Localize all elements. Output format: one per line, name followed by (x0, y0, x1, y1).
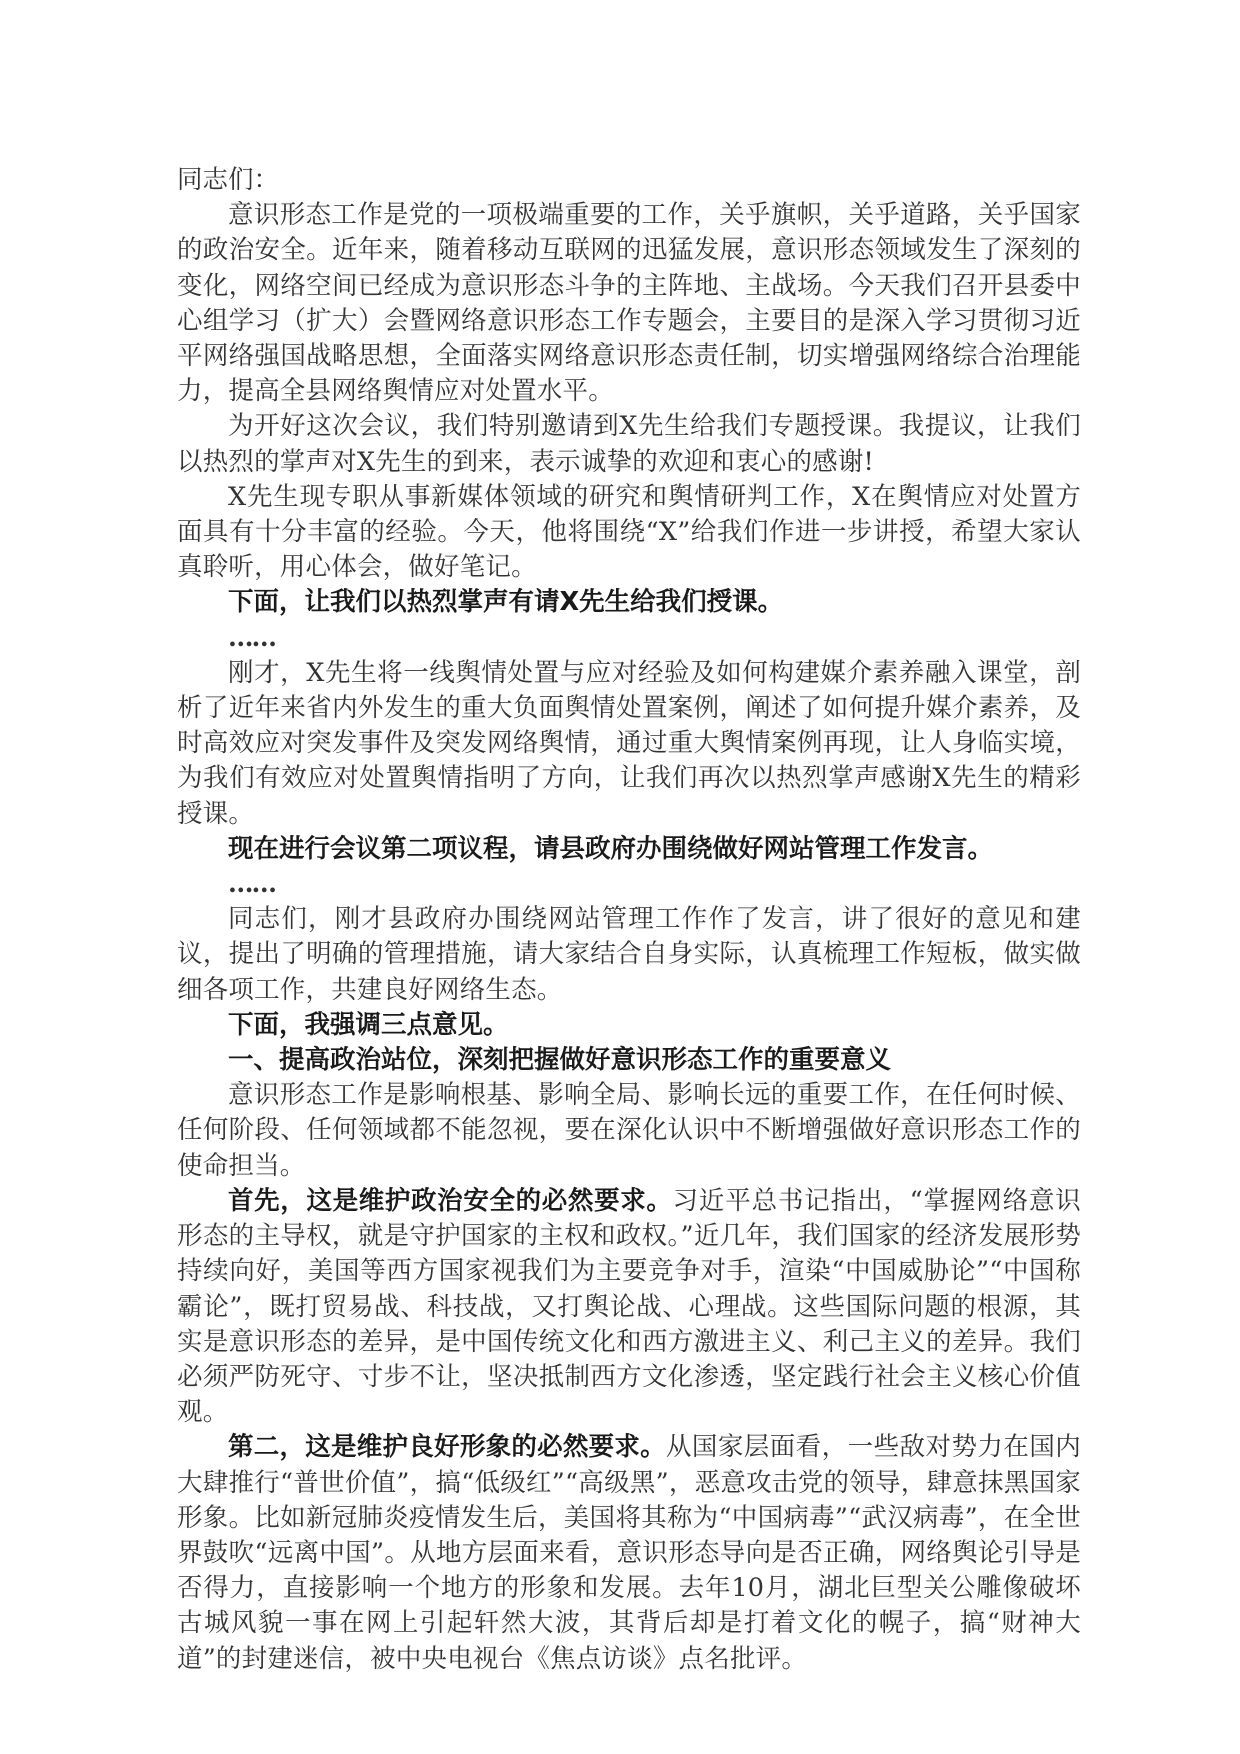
section-heading-1: 一、提高政治站位，深刻把握做好意识形态工作的重要意义 (177, 1043, 1081, 1078)
lead-phrase-second: 第二，这是维护良好形象的必然要求。 (228, 1432, 666, 1462)
ellipsis-1: …… (177, 621, 1081, 656)
paragraph-invitation: 为开好这次会议，我们特别邀请到X先生给我们专题授课。我提议，让我们以热烈的掌声对… (177, 409, 1081, 479)
bold-line-invite-lecture: 下面，让我们以热烈掌声有请X先生给我们授课。 (177, 585, 1081, 620)
ellipsis-2: …… (177, 867, 1081, 902)
paragraph-point-second: 第二，这是维护良好形象的必然要求。从国家层面看，一些敌对势力在国内大肆推行“普世… (177, 1430, 1081, 1676)
document-page: 同志们： 意识形态工作是党的一项极端重要的工作，关乎旗帜，关乎道路，关乎国家的政… (177, 163, 1081, 1677)
lead-phrase-first: 首先，这是维护政治安全的必然要求。 (228, 1186, 673, 1216)
paragraph-section-1-intro: 意识形态工作是影响根基、影响全局、影响长远的重要工作，在任何时候、任何阶段、任何… (177, 1078, 1081, 1184)
body-text-second: 从国家层面看，一些敌对势力在国内大肆推行“普世价值”，搞“低级红”“高级黑”，恶… (177, 1432, 1081, 1673)
salutation: 同志们： (177, 163, 1081, 198)
paragraph-website-summary: 同志们，刚才县政府办围绕网站管理工作作了发言，讲了很好的意见和建议，提出了明确的… (177, 902, 1081, 1008)
paragraph-intro: 意识形态工作是党的一项极端重要的工作，关乎旗帜，关乎道路，关乎国家的政治安全。近… (177, 198, 1081, 409)
paragraph-lecture-summary: 刚才，X先生将一线舆情处置与应对经验及如何构建媒介素养融入课堂，剖析了近年来省内… (177, 656, 1081, 832)
paragraph-speaker-intro: X先生现专职从事新媒体领域的研究和舆情研判工作，X在舆情应对处置方面具有十分丰富… (177, 480, 1081, 586)
bold-line-three-points: 下面，我强调三点意见。 (177, 1008, 1081, 1043)
body-text-first: 习近平总书记指出，“掌握网络意识形态的主导权，就是守护国家的主权和政权。”近几年… (177, 1186, 1081, 1427)
paragraph-point-first: 首先，这是维护政治安全的必然要求。习近平总书记指出，“掌握网络意识形态的主导权，… (177, 1184, 1081, 1430)
bold-line-agenda-2: 现在进行会议第二项议程，请县政府办围绕做好网站管理工作发言。 (177, 832, 1081, 867)
